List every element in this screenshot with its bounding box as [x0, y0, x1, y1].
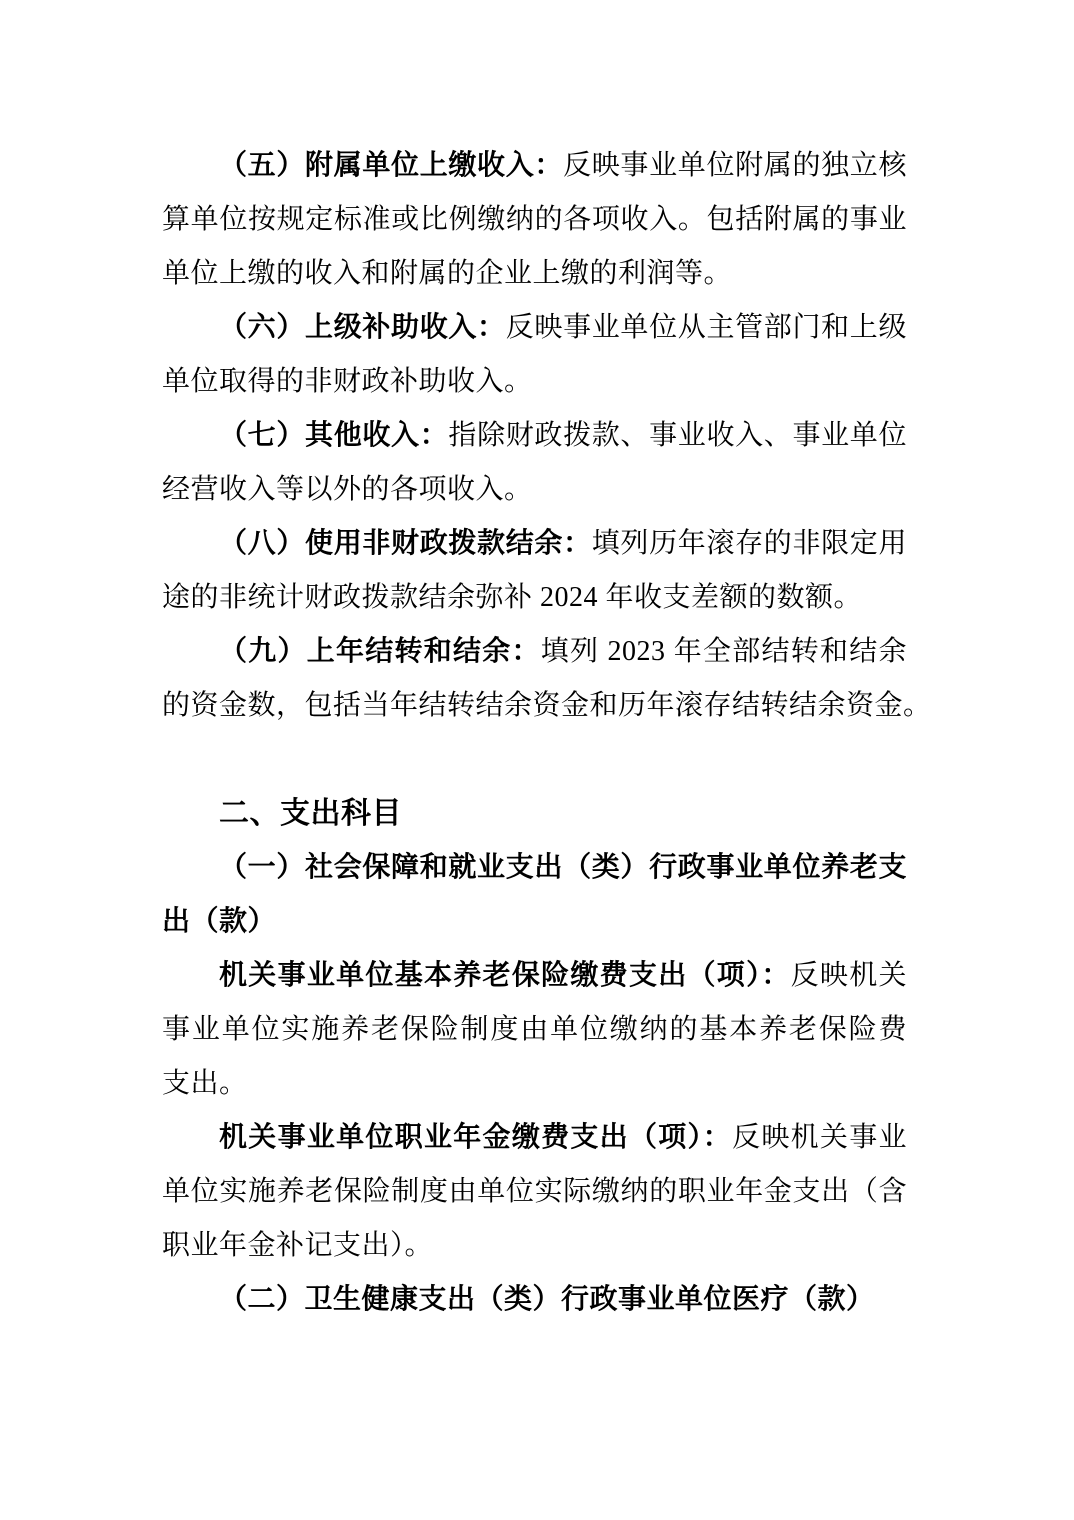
text-run: 填列历年滚存的非限定用: [592, 528, 907, 559]
text-line: 机关事业单位基本养老保险缴费支出（项）：反映机关: [162, 949, 907, 1003]
text-run: 反映机关事业: [732, 1122, 907, 1153]
text-line: （二）卫生健康支出（类）行政事业单位医疗（款）: [162, 1273, 907, 1327]
bold-text-run: 机关事业单位基本养老保险缴费支出（项）：: [219, 960, 791, 991]
text-line: 途的非统计财政拨款结余弥补 2024 年收支差额的数额。: [162, 571, 907, 625]
text-run: 反映机关: [791, 960, 907, 991]
text-line: （一）社会保障和就业支出（类）行政事业单位养老支: [162, 841, 907, 895]
bold-text-run: 机关事业单位职业年金缴费支出（项）：: [219, 1122, 732, 1153]
text-run: 反映事业单位从主管部门和上级: [506, 312, 907, 343]
text-line: 经营收入等以外的各项收入。: [162, 463, 907, 517]
text-line: （六）上级补助收入：反映事业单位从主管部门和上级: [162, 301, 907, 355]
text-line: 单位取得的非财政补助收入。: [162, 355, 907, 409]
text-run: 职业年金补记支出）。: [162, 1230, 433, 1261]
text-run: 途的非统计财政拨款结余弥补 2024 年收支差额的数额。: [162, 582, 862, 613]
text-line: （八）使用非财政拨款结余：填列历年滚存的非限定用: [162, 517, 907, 571]
text-line: 支出。: [162, 1057, 907, 1111]
bold-text-run: （九）上年结转和结余：: [219, 636, 541, 667]
text-run: 单位实施养老保险制度由单位实际缴纳的职业年金支出（含: [162, 1176, 907, 1207]
document-page: （五）附属单位上缴收入：反映事业单位附属的独立核算单位按规定标准或比例缴纳的各项…: [0, 0, 1074, 1520]
blank-line: [162, 733, 907, 787]
document-content: （五）附属单位上缴收入：反映事业单位附属的独立核算单位按规定标准或比例缴纳的各项…: [162, 139, 907, 1327]
bold-text-run: （二）卫生健康支出（类）行政事业单位医疗（款）: [219, 1284, 875, 1315]
text-line: 算单位按规定标准或比例缴纳的各项收入。包括附属的事业: [162, 193, 907, 247]
text-line: 职业年金补记支出）。: [162, 1219, 907, 1273]
text-run: 填列 2023 年全部结转和结余: [541, 636, 907, 667]
text-run: 的资金数，包括当年结转结余资金和历年滚存结转结余资金。: [162, 690, 932, 721]
bold-text-run: （七）其他收入：: [219, 420, 448, 451]
text-run: 支出。: [162, 1068, 248, 1099]
section-heading: 二、支出科目: [162, 787, 907, 841]
text-line: 机关事业单位职业年金缴费支出（项）：反映机关事业: [162, 1111, 907, 1165]
bold-text-run: 出（款）: [162, 906, 276, 937]
text-line: 出（款）: [162, 895, 907, 949]
bold-text-run: （五）附属单位上缴收入：: [219, 150, 563, 181]
text-run: 指除财政拨款、事业收入、事业单位: [448, 420, 907, 451]
text-run: 算单位按规定标准或比例缴纳的各项收入。包括附属的事业: [162, 204, 907, 235]
text-run: 单位上缴的收入和附属的企业上缴的利润等。: [162, 258, 732, 289]
text-line: （七）其他收入：指除财政拨款、事业收入、事业单位: [162, 409, 907, 463]
bold-text-run: 二、支出科目: [219, 797, 402, 830]
text-line: 事业单位实施养老保险制度由单位缴纳的基本养老保险费: [162, 1003, 907, 1057]
bold-text-run: （六）上级补助收入：: [219, 312, 506, 343]
text-run: 经营收入等以外的各项收入。: [162, 474, 533, 505]
text-run: 事业单位实施养老保险制度由单位缴纳的基本养老保险费: [162, 1014, 907, 1045]
text-line: 的资金数，包括当年结转结余资金和历年滚存结转结余资金。: [162, 679, 907, 733]
bold-text-run: （一）社会保障和就业支出（类）行政事业单位养老支: [219, 852, 907, 883]
bold-text-run: （八）使用非财政拨款结余：: [219, 528, 592, 559]
text-line: （九）上年结转和结余：填列 2023 年全部结转和结余: [162, 625, 907, 679]
text-line: （五）附属单位上缴收入：反映事业单位附属的独立核: [162, 139, 907, 193]
text-run: 反映事业单位附属的独立核: [563, 150, 907, 181]
text-line: 单位实施养老保险制度由单位实际缴纳的职业年金支出（含: [162, 1165, 907, 1219]
text-run: 单位取得的非财政补助收入。: [162, 366, 533, 397]
text-line: 单位上缴的收入和附属的企业上缴的利润等。: [162, 247, 907, 301]
